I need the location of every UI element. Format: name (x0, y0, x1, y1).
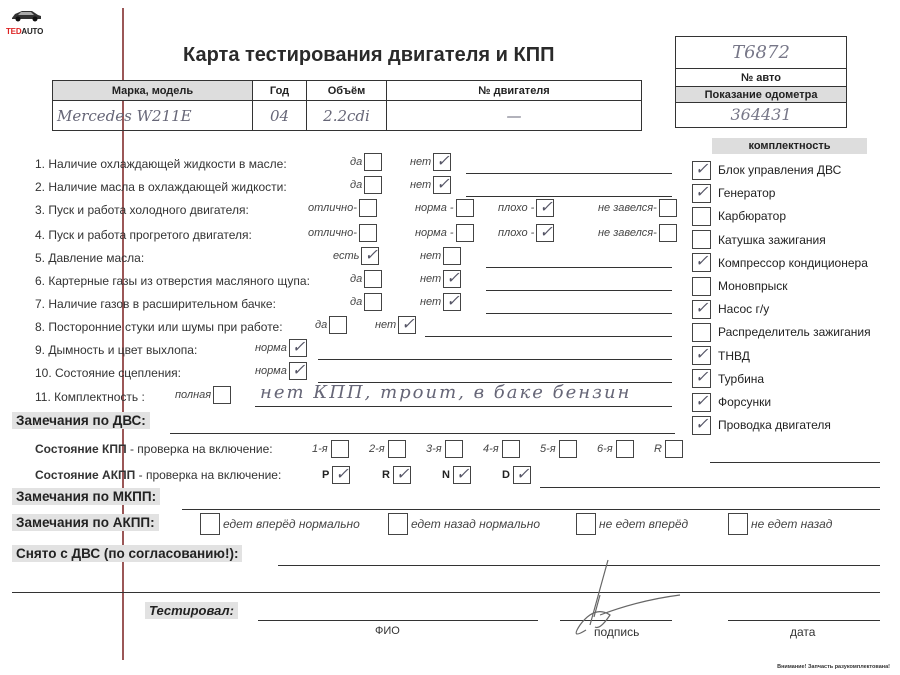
option-label: не завелся- (598, 202, 657, 214)
question-3-option: плохо - (498, 199, 554, 217)
col-engine-number: № двигателя (387, 81, 642, 101)
gear-checkbox[interactable] (445, 440, 463, 458)
gear-label: R (654, 443, 662, 455)
footer-warning: Внимание! Запчасть разукомплектована! (777, 664, 890, 670)
question-4-option: отлично- (308, 224, 377, 242)
completeness-label: Насос г/у (718, 302, 769, 316)
completeness-checkbox[interactable] (692, 184, 711, 203)
option-checkbox[interactable] (433, 153, 451, 171)
option-label: плохо - (498, 227, 534, 239)
auto-gear-option: D (502, 466, 531, 484)
engine-remarks-label: Замечания по ДВС: (12, 412, 150, 429)
akpp-remark-label: едет вперёд нормально (223, 517, 360, 531)
option-label: нет (420, 273, 441, 285)
question-9-option: норма (255, 339, 307, 357)
option-label: да (350, 296, 362, 308)
question-3-option: норма - (415, 199, 474, 217)
completeness-label: Карбюратор (718, 209, 786, 223)
gear-label: D (502, 469, 510, 481)
completeness-label: Форсунки (718, 395, 771, 409)
question-4-option: норма - (415, 224, 474, 242)
gear-label: 2-я (369, 443, 385, 455)
date-field[interactable] (728, 620, 880, 621)
completeness-label: Распределитель зажигания (718, 325, 871, 339)
auto-gear-option: P (322, 466, 350, 484)
question-6-option: нет (420, 270, 461, 288)
question-1: 1. Наличие охлаждающей жидкости в масле: (35, 157, 287, 171)
question-1-option: да (350, 153, 382, 171)
completeness-item: Проводка двигателя (692, 415, 900, 435)
gear-checkbox[interactable] (616, 440, 634, 458)
question-4-option: плохо - (498, 224, 554, 242)
question-10-option: норма (255, 362, 307, 380)
manual-gear-option: 5-я (540, 440, 577, 458)
question-7-option: да (350, 293, 382, 311)
option-label: нет (375, 319, 396, 331)
brand-logo: TEDAUTO (6, 8, 46, 36)
make-model-value[interactable]: Mercedes W211E (53, 101, 253, 131)
option-checkbox[interactable] (536, 224, 554, 242)
question-8: 8. Посторонние стуки или шумы при работе… (35, 320, 283, 334)
option-checkbox[interactable] (213, 386, 231, 404)
option-checkbox[interactable] (398, 316, 416, 334)
option-checkbox[interactable] (329, 316, 347, 334)
col-year: Год (253, 81, 307, 101)
question-3: 3. Пуск и работа холодного двигателя: (35, 203, 249, 217)
gear-label: 5-я (540, 443, 556, 455)
option-checkbox[interactable] (364, 270, 382, 288)
completeness-checkbox[interactable] (692, 323, 711, 342)
option-label: да (350, 156, 362, 168)
manual-gear-option: 6-я (597, 440, 634, 458)
completeness-label: Генератор (718, 186, 775, 200)
option-label: норма (255, 365, 287, 377)
option-label: да (350, 179, 362, 191)
akpp-remark-checkbox[interactable] (388, 513, 408, 535)
option-checkbox[interactable] (359, 199, 377, 217)
akpp-remarks-label: Замечания по АКПП: (12, 514, 159, 531)
mkpp-remarks-field[interactable] (182, 509, 880, 510)
question-7: 7. Наличие газов в расширительном бачке: (35, 297, 276, 311)
gear-checkbox[interactable] (393, 466, 411, 484)
gear-label: R (382, 469, 390, 481)
option-checkbox[interactable] (443, 270, 461, 288)
question-2-option: нет (410, 176, 451, 194)
completeness-item: Катушка зажигания (692, 230, 900, 250)
completeness-checkbox[interactable] (692, 277, 711, 296)
completeness-item: Турбина (692, 369, 900, 389)
completeness-label: Блок управления ДВС (718, 163, 841, 177)
year-value[interactable]: 04 (253, 101, 307, 131)
option-label: норма (255, 342, 287, 354)
gear-label: P (322, 469, 329, 481)
question-4-option: не завелся- (598, 224, 677, 242)
option-checkbox[interactable] (659, 224, 677, 242)
completeness-item: Компрессор кондиционера (692, 253, 900, 273)
option-label: полная (175, 389, 211, 401)
completeness-checkbox[interactable] (692, 346, 711, 365)
option-label: отлично- (308, 202, 357, 214)
question-11: 11. Комплектность : (35, 390, 145, 404)
akpp-remark-checkbox[interactable] (576, 513, 596, 535)
option-label: да (315, 319, 327, 331)
completeness-checkbox[interactable] (692, 369, 711, 388)
question-8-note-field[interactable] (425, 336, 672, 337)
odometer-label: Показание одометра (676, 87, 846, 103)
question-5-option: есть (333, 247, 379, 265)
odometer-value[interactable]: 364431 (676, 103, 846, 127)
auto-number-label: № авто (676, 69, 846, 87)
completeness-item: ТНВД (692, 346, 900, 366)
vehicle-info-table: Марка, модель Год Объём № двигателя Merc… (52, 80, 642, 131)
removed-parts-field-2[interactable] (12, 592, 880, 593)
gear-checkbox[interactable] (559, 440, 577, 458)
option-checkbox[interactable] (433, 176, 451, 194)
akpp-remark-checkbox[interactable] (200, 513, 220, 535)
vehicle-id-box: T6872 № авто Показание одометра 364431 (675, 36, 847, 128)
gear-checkbox[interactable] (332, 466, 350, 484)
auto-gear-option: R (382, 466, 411, 484)
gear-label: 6-я (597, 443, 613, 455)
akpp-remark-option: едет вперёд нормально (200, 513, 360, 535)
option-label: плохо - (498, 202, 534, 214)
col-volume: Объём (307, 81, 387, 101)
signature-label: подпись (594, 625, 639, 639)
question-1-note-field[interactable] (466, 173, 672, 174)
question-5: 5. Давление масла: (35, 251, 144, 265)
question-3-option: не завелся- (598, 199, 677, 217)
engine-remarks-field[interactable] (170, 433, 675, 434)
manual-gearbox-label: Состояние КПП - проверка на включение: (35, 442, 273, 456)
option-label: норма - (415, 227, 454, 239)
option-label: норма - (415, 202, 454, 214)
akpp-remark-checkbox[interactable] (728, 513, 748, 535)
question-11-option: полная (175, 386, 231, 404)
manual-gearbox-note-field[interactable] (710, 462, 880, 463)
question-9: 9. Дымность и цвет выхлопа: (35, 343, 197, 357)
col-make-model: Марка, модель (53, 81, 253, 101)
option-label: нет (420, 296, 441, 308)
manual-gear-option: R (654, 440, 683, 458)
option-checkbox[interactable] (443, 293, 461, 311)
completeness-checkbox[interactable] (692, 253, 711, 272)
completeness-item: Насос г/у (692, 299, 900, 319)
option-checkbox[interactable] (359, 224, 377, 242)
option-checkbox[interactable] (443, 247, 461, 265)
option-checkbox[interactable] (364, 293, 382, 311)
completeness-checkbox[interactable] (692, 416, 711, 435)
gear-label: 1-я (312, 443, 328, 455)
gear-checkbox[interactable] (388, 440, 406, 458)
completeness-item: Карбюратор (692, 206, 900, 226)
engine-number-value[interactable]: — (387, 101, 642, 131)
removed-parts-label: Снято с ДВС (по согласованию!): (12, 545, 242, 562)
completeness-checkbox[interactable] (692, 207, 711, 226)
akpp-remark-label: не едет вперёд (599, 517, 688, 531)
completeness-item: Генератор (692, 183, 900, 203)
completeness-item: Распределитель зажигания (692, 322, 900, 342)
gear-checkbox[interactable] (331, 440, 349, 458)
manual-gear-option: 4-я (483, 440, 520, 458)
option-checkbox[interactable] (289, 362, 307, 380)
question-6-note-field[interactable] (486, 290, 672, 291)
question-5-note-field[interactable] (486, 267, 672, 268)
gear-label: 4-я (483, 443, 499, 455)
auto-gear-option: N (442, 466, 471, 484)
mkpp-remarks-label: Замечания по МКПП: (12, 488, 160, 505)
logo-text-black: AUTO (21, 27, 43, 36)
question-1-option: нет (410, 153, 451, 171)
question-7-note-field[interactable] (486, 313, 672, 314)
completeness-note[interactable]: нет КПП, троит, в баке бензин (260, 382, 631, 403)
completeness-label: Моновпрыск (718, 279, 788, 293)
question-6: 6. Картерные газы из отверстия масляного… (35, 274, 310, 288)
gear-checkbox[interactable] (502, 440, 520, 458)
auto-gearbox-note-field[interactable] (540, 487, 880, 488)
option-label: нет (410, 179, 431, 191)
completeness-label: Проводка двигателя (718, 418, 831, 432)
option-label: да (350, 273, 362, 285)
question-10: 10. Состояние сцепления: (35, 366, 181, 380)
completeness-label: Катушка зажигания (718, 233, 826, 247)
completeness-label: ТНВД (718, 349, 750, 363)
gear-label: 3-я (426, 443, 442, 455)
question-3-option: отлично- (308, 199, 377, 217)
completeness-label: Турбина (718, 372, 764, 386)
completeness-checkbox[interactable] (692, 393, 711, 412)
option-checkbox[interactable] (364, 176, 382, 194)
option-label: нет (420, 250, 441, 262)
page-title: Карта тестирования двигателя и КПП (183, 44, 554, 67)
fio-label: ФИО (375, 625, 400, 637)
akpp-remark-label: не едет назад (751, 517, 832, 531)
completeness-item: Моновпрыск (692, 276, 900, 296)
manual-gear-option: 2-я (369, 440, 406, 458)
logo-text-red: TED (6, 27, 21, 36)
gear-checkbox[interactable] (453, 466, 471, 484)
manual-gear-option: 3-я (426, 440, 463, 458)
completeness-header: комплектность (712, 138, 867, 154)
completeness-checkbox[interactable] (692, 300, 711, 319)
question-6-option: да (350, 270, 382, 288)
option-checkbox[interactable] (361, 247, 379, 265)
question-11-note-field[interactable] (255, 406, 672, 407)
fio-field[interactable] (258, 620, 538, 621)
question-5-option: нет (420, 247, 461, 265)
question-4: 4. Пуск и работа прогретого двигателя: (35, 228, 252, 242)
completeness-item: Форсунки (692, 392, 900, 412)
akpp-remark-label: едет назад нормально (411, 517, 540, 531)
question-8-option: нет (375, 316, 416, 334)
akpp-remark-option: не едет вперёд (576, 513, 688, 535)
gear-checkbox[interactable] (665, 440, 683, 458)
option-checkbox[interactable] (536, 199, 554, 217)
completeness-label: Компрессор кондиционера (718, 256, 868, 270)
option-label: есть (333, 250, 359, 262)
auto-gearbox-label: Состояние АКПП - проверка на включение: (35, 468, 281, 482)
manual-gear-option: 1-я (312, 440, 349, 458)
auto-number-value[interactable]: T6872 (676, 37, 846, 69)
question-9-note-field[interactable] (318, 359, 672, 360)
tested-by-label: Тестировал: (145, 602, 238, 619)
akpp-remark-option: не едет назад (728, 513, 832, 535)
option-label: не завелся- (598, 227, 657, 239)
option-checkbox[interactable] (456, 199, 474, 217)
gear-checkbox[interactable] (513, 466, 531, 484)
option-checkbox[interactable] (289, 339, 307, 357)
completeness-item: Блок управления ДВС (692, 160, 900, 180)
option-checkbox[interactable] (364, 153, 382, 171)
car-icon (10, 8, 42, 22)
completeness-checkbox[interactable] (692, 161, 711, 180)
date-label: дата (790, 625, 815, 639)
option-label: отлично- (308, 227, 357, 239)
question-2-option: да (350, 176, 382, 194)
akpp-remark-option: едет назад нормально (388, 513, 540, 535)
question-2-note-field[interactable] (466, 196, 672, 197)
option-checkbox[interactable] (456, 224, 474, 242)
question-7-option: нет (420, 293, 461, 311)
option-checkbox[interactable] (659, 199, 677, 217)
volume-value[interactable]: 2.2cdi (307, 101, 387, 131)
question-8-option: да (315, 316, 347, 334)
completeness-checkbox[interactable] (692, 230, 711, 249)
gear-label: N (442, 469, 450, 481)
option-label: нет (410, 156, 431, 168)
question-2: 2. Наличие масла в охлаждающей жидкости: (35, 180, 287, 194)
